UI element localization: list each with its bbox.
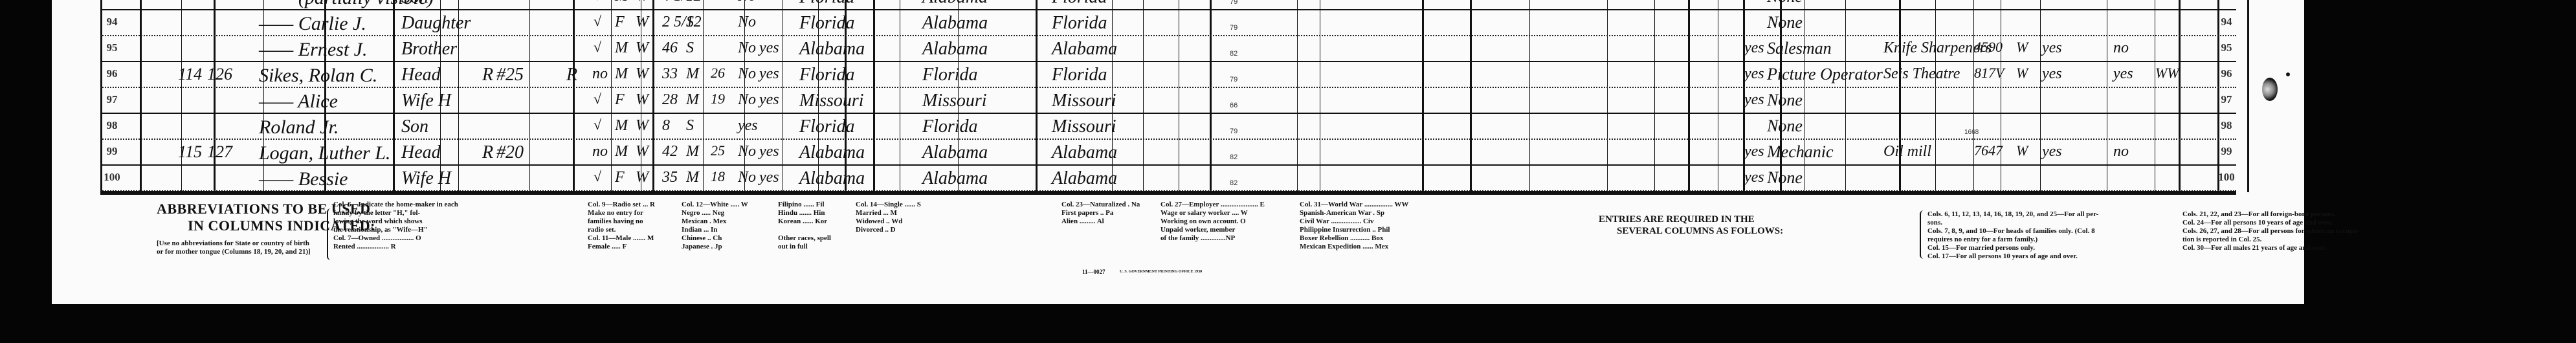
cell-school: No <box>738 144 756 159</box>
cell-father-birth: Alabama <box>922 14 988 32</box>
cell-birth: Florida <box>799 0 855 6</box>
cell-read-write: yes <box>759 92 779 107</box>
column-rule <box>1973 0 1974 192</box>
cell-relation: Son <box>401 118 428 136</box>
cell-family-check: √ <box>594 0 601 3</box>
cell-school: No <box>738 170 756 185</box>
cell-age: 2 5/12 <box>662 14 702 30</box>
instruction-line: Hindu ....... Hin <box>778 209 831 217</box>
cell-mother-birth: Alabama <box>1052 144 1117 162</box>
cell-relation: Head <box>401 144 441 162</box>
instruction-line: Wage or salary worker .... W <box>1160 209 1265 217</box>
cell-code: 79 <box>1230 128 1238 135</box>
instruction-line: Other races, spell <box>778 234 831 243</box>
instruction-line: Philippine Insurrection .. Phil <box>1300 226 1408 234</box>
cell-father-birth: Alabama <box>922 0 988 6</box>
cell-marital: S <box>686 0 694 4</box>
col6-instructions: Col. 6—Indicate the home-maker in eachfa… <box>333 201 458 234</box>
cell-employed: yes <box>2042 66 2062 82</box>
census-grid: 949596979899100949596979899100—— (partia… <box>100 0 2236 192</box>
cell-marital: S <box>686 40 694 56</box>
instruction-line: lowing the word which shows <box>333 217 458 226</box>
instruction-line: Rented .................. R <box>333 243 421 251</box>
instruction-line: Spanish-American War . Sp <box>1300 209 1408 217</box>
cell-marital: S <box>686 118 694 133</box>
line-number-right: 95 <box>2217 41 2236 54</box>
cell-code: 82 <box>1230 180 1238 187</box>
cell-family: 126 <box>207 66 232 83</box>
instruction-line: Make no entry for <box>588 209 655 217</box>
cell-race: W <box>636 0 649 4</box>
instruction-line: Col. 14—Single ...... S <box>856 201 921 209</box>
column-rule <box>652 0 654 192</box>
cell-race: W <box>636 66 649 82</box>
column-rule <box>703 0 704 192</box>
line-number-right: 94 <box>2217 16 2236 28</box>
instruction-line: Col. 7—Owned .................. O <box>333 234 421 243</box>
line-number-left: 98 <box>102 119 122 132</box>
column-rule <box>1470 0 1472 192</box>
row-rule <box>100 164 2236 166</box>
cell-home: R <box>482 144 493 162</box>
row-rule <box>100 87 2236 88</box>
cell-occupation: None <box>1767 92 1803 109</box>
cell-name: —— Carlie J. <box>259 14 366 34</box>
column-rule <box>1320 0 1320 192</box>
line-number-left: 96 <box>102 67 122 80</box>
cell-industry: Oil mill <box>1883 144 1931 159</box>
column-rule <box>1143 0 1144 192</box>
cell-ind-code: 817V <box>1974 66 2004 80</box>
cell-marital: S <box>686 14 694 30</box>
cell-birth: Alabama <box>799 144 865 162</box>
cell-name: —— Bessie <box>259 170 348 189</box>
column-rule <box>1036 0 1038 192</box>
cell-code: 66 <box>1230 102 1238 109</box>
column-rule <box>393 0 395 192</box>
column-rule <box>2001 0 2001 192</box>
column-rule <box>1210 0 1212 192</box>
instruction-line: Korean ...... Kor <box>778 217 831 226</box>
cell-ind-code: 7647 <box>1974 144 2003 158</box>
cell-family-check: √ <box>594 92 601 106</box>
line-number-right: 97 <box>2217 93 2236 106</box>
column-rule <box>529 0 530 192</box>
column-rule <box>2179 0 2181 192</box>
instruction-line: Boxer Rebellion ........... Box <box>1300 234 1408 243</box>
cell-family-check: √ <box>594 118 601 132</box>
line-number-left: 94 <box>102 16 122 28</box>
form-number: 11—0027 <box>1082 269 1105 275</box>
instruction-line: of the family ..............NP <box>1160 234 1265 243</box>
cell-name: Roland Jr. <box>259 118 339 137</box>
column-rule <box>783 0 783 192</box>
instruction-line: Divorced .. D <box>856 226 921 234</box>
col11-instructions: Col. 11—Male ....... MFemale ..... F <box>588 234 654 251</box>
column-rule <box>140 0 142 192</box>
cell-mother-birth: Florida <box>1052 0 1107 6</box>
cell-sex: M <box>615 40 628 56</box>
instruction-line: Cols. 6, 11, 12, 13, 14, 16, 18, 19, 20,… <box>1927 210 2098 219</box>
instruction-line: the relationship, as "Wife—H" <box>333 226 458 234</box>
cell-marital: M <box>686 170 699 185</box>
cell-english: yes <box>1744 170 1764 185</box>
cell-family-check: √ <box>594 170 601 184</box>
cell-relation: Wife H <box>401 92 451 110</box>
column-rule <box>2247 0 2249 192</box>
cell-veteran: yes <box>2113 66 2133 82</box>
cell-value: #25 <box>496 66 524 84</box>
entries-list-a: Cols. 6, 11, 12, 13, 14, 16, 18, 19, 20,… <box>1927 210 2098 261</box>
cell-father-birth: Florida <box>922 66 978 84</box>
row-rule <box>100 9 2236 10</box>
column-rule <box>873 0 875 192</box>
col27-instructions: Col. 27—Employer ..................... E… <box>1160 201 1265 243</box>
instruction-line: family by the letter "H," fol- <box>333 209 458 217</box>
instruction-line: Japanese . Jp <box>682 243 748 251</box>
cell-age-marriage: 18 <box>711 170 725 184</box>
cell-family-check: √ <box>594 14 601 28</box>
line-number-left: 97 <box>102 93 122 106</box>
instruction-line: Cols. 26, 27, and 28—For all persons for… <box>2182 227 2360 236</box>
cell-occupation: None <box>1767 170 1803 186</box>
cell-mother-birth: Alabama <box>1052 170 1117 188</box>
cell-school: No <box>738 0 756 4</box>
cell-mother-birth: Alabama <box>1052 40 1117 58</box>
instruction-line: Mexican Expedition ...... Mex <box>1300 243 1408 251</box>
cell-school: No <box>738 66 756 82</box>
column-rule <box>573 0 575 192</box>
cell-farm: no <box>592 144 608 159</box>
col12-instructions: Col. 12—White ..... WNegro ..... NegMexi… <box>682 201 748 251</box>
cell-father-birth: Florida <box>922 118 978 136</box>
cell-race: W <box>636 118 649 133</box>
line-number-right: 98 <box>2217 119 2236 132</box>
instruction-line: Female ..... F <box>588 243 654 251</box>
column-rule <box>1654 0 1655 192</box>
col14-instructions: Col. 14—Single ...... SMarried ... MWido… <box>856 201 921 234</box>
scan-border-left <box>0 0 52 343</box>
cell-race: W <box>636 92 649 107</box>
column-rule <box>1899 0 1901 192</box>
instruction-line: families having no <box>588 217 655 226</box>
cell-birth: Florida <box>799 66 855 84</box>
industry-code-annotation: 1668 <box>1964 129 1979 136</box>
cell-race: W <box>636 40 649 56</box>
cell-war: WW <box>2155 66 2179 80</box>
cell-occupation: None <box>1767 118 1803 135</box>
row-rule <box>100 35 2236 36</box>
cell-age-marriage: 19 <box>711 92 725 106</box>
cell-name: Logan, Luther L. <box>259 144 390 163</box>
cell-sex: F <box>615 14 625 30</box>
instruction-line: Negro ..... Neg <box>682 209 748 217</box>
cell-read-write: yes <box>759 144 779 159</box>
cell-home: R <box>482 66 493 84</box>
instruction-line: radio set. <box>588 226 655 234</box>
row-rule <box>100 138 2236 140</box>
instruction-line: Alien ......... Al <box>1061 217 1140 226</box>
cell-class: W <box>2016 144 2028 158</box>
cell-veteran: no <box>2113 144 2129 159</box>
column-rule <box>1845 0 1846 192</box>
cell-class: W <box>2016 66 2028 80</box>
cell-mother-birth: Missouri <box>1052 92 1116 110</box>
instruction-line: Working on own account. O <box>1160 217 1265 226</box>
punch-hole-icon <box>2262 78 2278 101</box>
column-rule <box>900 0 900 192</box>
cell-age: 28 <box>662 92 678 107</box>
cell-relation: Daughter <box>401 14 471 32</box>
cell-value: #20 <box>496 144 524 162</box>
sheet-bottom-rule <box>100 191 2236 195</box>
cell-sex: M <box>615 66 628 82</box>
cell-birth: Florida <box>799 118 855 136</box>
cell-relation: Brother <box>401 40 457 58</box>
instruction-line: Chinese .. Ch <box>682 234 748 243</box>
cell-father-birth: Alabama <box>922 170 988 188</box>
cell-school: No <box>738 40 756 56</box>
instruction-line: out in full <box>778 243 831 251</box>
cell-code: 79 <box>1230 25 1238 32</box>
cell-relation: Head <box>401 66 441 84</box>
cell-code: 79 <box>1230 76 1238 83</box>
cell-dwelling: 114 <box>178 66 202 83</box>
cell-family: 127 <box>207 144 232 160</box>
cell-industry: Seis Theatre <box>1883 66 1960 82</box>
cell-occupation: None <box>1767 14 1803 31</box>
cell-employed: yes <box>2042 40 2062 56</box>
ink-dot <box>2286 72 2290 76</box>
instruction-line: Col. 6—Indicate the home-maker in each <box>333 201 458 209</box>
cell-birth: Alabama <box>799 170 865 188</box>
cell-school: No <box>738 14 756 30</box>
instruction-line: Unpaid worker, member <box>1160 226 1265 234</box>
cell-birth: Florida <box>799 14 855 32</box>
instruction-line: Col. 23—Naturalized . Na <box>1061 201 1140 209</box>
cell-school: yes <box>738 118 758 133</box>
instruction-line: Cols. 21, 22, and 23—For all foreign-bor… <box>2182 210 2360 219</box>
entries-list-b: Cols. 21, 22, and 23—For all foreign-bor… <box>2182 210 2360 252</box>
cell-code: 82 <box>1230 50 1238 58</box>
cell-sex: F <box>615 170 625 185</box>
column-rule <box>1607 0 1608 192</box>
cell-employed: yes <box>2042 144 2062 159</box>
cell-read-write: yes <box>759 40 779 56</box>
cell-sex: M <box>615 118 628 133</box>
cell-marital: M <box>686 144 699 159</box>
cell-relation: Wife H <box>401 170 451 188</box>
cell-code: 82 <box>1230 154 1238 161</box>
cell-name: —— Ernest J. <box>259 40 368 60</box>
column-rule <box>1688 0 1690 192</box>
instruction-line: Indian ... In <box>682 226 748 234</box>
col9-instructions: Col. 9—Radio set ... RMake no entry forf… <box>588 201 655 234</box>
column-rule <box>1718 0 1718 192</box>
line-number-left: 95 <box>102 41 122 54</box>
instruction-line: Col. 11—Male ....... M <box>588 234 654 243</box>
line-number-right: 96 <box>2217 67 2236 80</box>
cell-father-birth: Alabama <box>922 40 988 58</box>
cell-mother-birth: Missouri <box>1052 118 1116 136</box>
instruction-line: Col. 27—Employer ..................... E <box>1160 201 1265 209</box>
column-rule <box>2040 0 2041 192</box>
column-rule <box>1529 0 1530 192</box>
cell-school: No <box>738 92 756 107</box>
cell-father-birth: Missouri <box>922 92 987 110</box>
instruction-line: Col. 31—World War ................ WW <box>1300 201 1408 209</box>
row-rule <box>100 113 2236 114</box>
cell-age: 4 1/12 <box>662 0 702 4</box>
cell-farm: no <box>592 66 608 82</box>
column-rule <box>1935 0 1936 192</box>
column-rule <box>1804 0 1804 192</box>
cell-race: W <box>636 170 649 185</box>
scan-border-bottom <box>39 301 2317 343</box>
cell-radio: R <box>566 66 577 84</box>
cell-sex: M <box>615 0 628 4</box>
instruction-line: tion is reported in Col. 25. <box>2182 236 2360 244</box>
cell-race: W <box>636 144 649 159</box>
entries-title-2: SEVERAL COLUMNS AS FOLLOWS: <box>1599 225 1783 237</box>
cell-age-marriage: 25 <box>711 144 725 158</box>
cell-race: W <box>636 14 649 30</box>
column-rule <box>1297 0 1298 192</box>
cell-age: 8 <box>662 118 670 133</box>
cell-code: 79 <box>1230 0 1238 6</box>
cell-read-write: yes <box>759 170 779 185</box>
col7-instructions: Col. 7—Owned .................. ORented … <box>333 234 421 251</box>
scan-border-right <box>2304 0 2576 343</box>
cell-mother-birth: Florida <box>1052 14 1107 32</box>
other-races-instructions: Filipino ...... FilHindu ....... HinKore… <box>778 201 831 251</box>
cell-marital: M <box>686 92 699 107</box>
printer-credit: U. S. GOVERNMENT PRINTING OFFICE 1930 <box>1120 270 1202 274</box>
brace <box>327 208 332 260</box>
cell-marital: M <box>686 66 699 82</box>
column-rule <box>181 0 182 192</box>
cell-read-write: yes <box>759 66 779 82</box>
instruction-line: Widowed .. Wd <box>856 217 921 226</box>
cell-relation: Son <box>401 0 428 6</box>
cell-english: yes <box>1744 92 1764 107</box>
cell-father-birth: Alabama <box>922 144 988 162</box>
line-number-left: 100 <box>102 171 122 184</box>
cell-family-check: √ <box>594 40 601 54</box>
instruction-line: Cols. 7, 8, 9, and 10—For heads of famil… <box>1927 227 2098 236</box>
instruction-line: Col. 12—White ..... W <box>682 201 748 209</box>
cell-birth: Alabama <box>799 40 865 58</box>
instruction-line: Married ... M <box>856 209 921 217</box>
cell-mother-birth: Florida <box>1052 66 1107 84</box>
cell-name: Sikes, Rolan C. <box>259 66 377 85</box>
instruction-line: Col. 15—For married persons only. <box>1927 244 2098 252</box>
cell-occupation: None <box>1767 0 1803 5</box>
cell-english: yes <box>1744 40 1764 56</box>
column-rule <box>1179 0 1179 192</box>
line-number-right: 99 <box>2217 145 2236 158</box>
entries-heading: ENTRIES ARE REQUIRED IN THE SEVERAL COLU… <box>1599 214 1783 237</box>
instruction-line: Col. 30—For all males 21 years of age an… <box>2182 244 2360 252</box>
cell-age: 33 <box>662 66 678 82</box>
col31-instructions: Col. 31—World War ................ WWSpa… <box>1300 201 1408 251</box>
cell-dwelling: 115 <box>178 144 202 160</box>
brace <box>1920 210 1925 259</box>
instruction-line: First papers .. Pa <box>1061 209 1140 217</box>
cell-sex: M <box>615 144 628 159</box>
cell-occupation: Mechanic <box>1767 144 1834 160</box>
entries-title-1: ENTRIES ARE REQUIRED IN THE <box>1599 214 1783 225</box>
cell-age-marriage: 26 <box>711 66 725 80</box>
instruction-line: Col. 9—Radio set ... R <box>588 201 655 209</box>
cell-age: 35 <box>662 170 678 185</box>
instruction-line: Col. 24—For all persons 10 years of age … <box>2182 219 2360 227</box>
row-rule <box>100 61 2236 62</box>
instruction-line: requires no entry for a farm family.) <box>1927 236 2098 244</box>
line-number-left: 99 <box>102 145 122 158</box>
instruction-line: Civil War ................. Civ <box>1300 217 1408 226</box>
column-rule <box>1422 0 1424 192</box>
column-rule <box>2155 0 2155 192</box>
cell-english: yes <box>1744 66 1764 82</box>
instruction-line: Mexican . Mex <box>682 217 748 226</box>
column-rule <box>214 0 216 192</box>
cell-ind-code: 4590 <box>1974 40 2003 54</box>
instruction-line: Filipino ...... Fil <box>778 201 831 209</box>
instruction-line: Col. 17—For all persons 10 years of age … <box>1927 252 2098 261</box>
col23-instructions: Col. 23—Naturalized . NaFirst papers .. … <box>1061 201 1140 226</box>
cell-age: 46 <box>662 40 678 56</box>
cell-english: yes <box>1744 144 1764 159</box>
instruction-line <box>778 226 831 234</box>
column-rule <box>2107 0 2107 192</box>
cell-occupation: Salesman <box>1767 40 1832 57</box>
cell-occupation: Picture Operator <box>1767 66 1883 83</box>
cell-sex: F <box>615 92 625 107</box>
cell-name: —— Alice <box>259 92 338 111</box>
cell-veteran: no <box>2113 40 2129 56</box>
cell-birth: Missouri <box>799 92 864 110</box>
instruction-line: sons. <box>1927 219 2098 227</box>
cell-class: W <box>2016 40 2028 54</box>
line-number-right: 100 <box>2217 171 2236 184</box>
cell-age: 42 <box>662 144 678 159</box>
column-rule <box>611 0 612 192</box>
